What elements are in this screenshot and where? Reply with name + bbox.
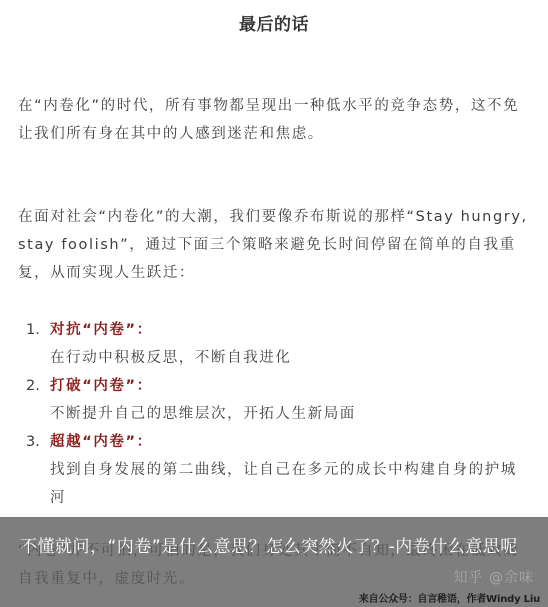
strategy-heading: 对抗“内卷”： [50, 316, 526, 344]
strategy-item: 3. 超越“内卷”： 找到自身发展的第二曲线，让自己在多元的成长中构建自身的护城… [26, 428, 526, 512]
strategy-item: 2. 打破“内卷”： 不断提升自己的思维层次，开拓人生新局面 [26, 372, 526, 428]
strategy-body: 找到自身发展的第二曲线，让自己在多元的成长中构建自身的护城河 [50, 456, 526, 512]
list-number: 2. [26, 372, 40, 400]
list-number: 1. [26, 316, 40, 344]
intro-paragraph: 在“内卷化”的时代，所有事物都呈现出一种低水平的竞争态势，这不免让我们所有身在其… [18, 92, 530, 148]
strategy-list: 1. 对抗“内卷”： 在行动中积极反思，不断自我进化 2. 打破“内卷”： 不断… [26, 316, 526, 512]
strategy-item: 1. 对抗“内卷”： 在行动中积极反思，不断自我进化 [26, 316, 526, 372]
article: 最后的话 在“内卷化”的时代，所有事物都呈现出一种低水平的竞争态势，这不免让我们… [0, 0, 548, 607]
strategy-body: 在行动中积极反思，不断自我进化 [50, 344, 526, 372]
list-number: 3. [26, 428, 40, 456]
strategy-heading: 打破“内卷”： [50, 372, 526, 400]
article-title: 最后的话 [0, 10, 548, 35]
strategy-body: 不断提升自己的思维层次，开拓人生新局面 [50, 400, 526, 428]
strategy-heading: 超越“内卷”： [50, 428, 526, 456]
strategy-intro-paragraph: 在面对社会“内卷化”的大潮，我们要像乔布斯说的那样“Stay hungry, s… [18, 203, 530, 287]
source-credit: 来自公众号：自言稚语，作者Windy Liu [359, 590, 540, 605]
zhihu-watermark: 知乎 @余味 [454, 567, 534, 587]
overlay-caption-link[interactable]: 不懂就问，“内卷”是什么意思？怎么突然火了？-内卷什么意思呢 [20, 533, 520, 561]
